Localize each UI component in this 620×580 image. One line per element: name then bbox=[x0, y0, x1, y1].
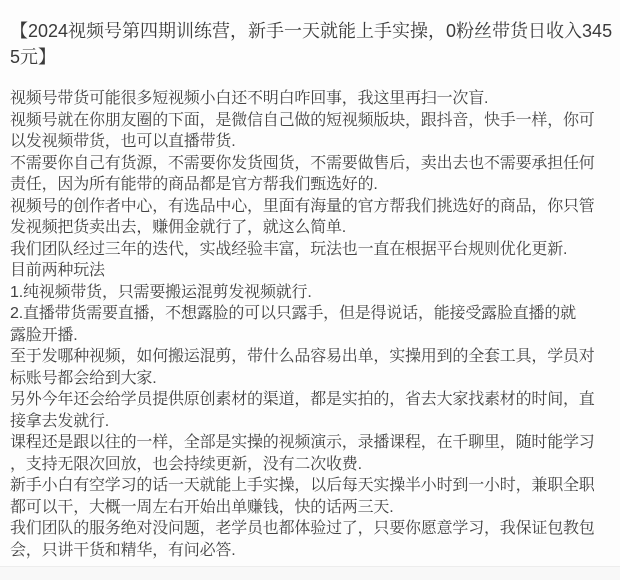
post-title: 【2024视频号第四期训练营，新手一天就能上手实操，0粉丝带货日收入345 5元… bbox=[10, 18, 612, 70]
text-line: 会，只讲干货和精华，有问必答. bbox=[10, 540, 612, 562]
text-line: 目前两种玩法 bbox=[10, 260, 612, 282]
text-line: 都可以干，大概一周左右开始出单赚钱，快的话两三天. bbox=[10, 497, 612, 519]
text-line: 以发视频带货，也可以直播带货. bbox=[10, 131, 612, 153]
text-line: 我们团队经过三年的迭代，实战经验丰富，玩法也一直在根据平台规则优化更新. bbox=[10, 239, 612, 261]
document-content: 【2024视频号第四期训练营，新手一天就能上手实操，0粉丝带货日收入345 5元… bbox=[0, 0, 620, 561]
text-line: 视频号带货可能很多短视频小白还不明白咋回事，我这里再扫一次盲. bbox=[10, 88, 612, 110]
title-line: 【2024视频号第四期训练营，新手一天就能上手实操，0粉丝带货日收入345 bbox=[10, 18, 612, 44]
post-body: 视频号带货可能很多短视频小白还不明白咋回事，我这里再扫一次盲. 视频号就在你朋友… bbox=[10, 88, 612, 561]
text-line: 接拿去发就行. bbox=[10, 411, 612, 433]
text-line: 新手小白有空学习的话一天就能上手实操，以后每天实操半小时到一小时，兼职全职 bbox=[10, 475, 612, 497]
text-line: 2.直播带货需要直播，不想露脸的可以只露手，但是得说话，能接受露脸直播的就 bbox=[10, 303, 612, 325]
text-line: 不需要你自己有货源，不需要你发货囤货，不需要做售后，卖出去也不需要承担任何 bbox=[10, 153, 612, 175]
text-line: ，支持无限次回放，也会持续更新，没有二次收费. bbox=[10, 454, 612, 476]
text-line: 另外今年还会给学员提供原创素材的渠道，都是实拍的，省去大家找素材的时间，直 bbox=[10, 389, 612, 411]
bottom-divider bbox=[0, 566, 620, 580]
text-line: 视频号的创作者中心，有选品中心，里面有海量的官方帮我们挑选好的商品，你只管 bbox=[10, 196, 612, 218]
text-line: 至于发哪种视频，如何搬运混剪，带什么品容易出单，实操用到的全套工具，学员对 bbox=[10, 346, 612, 368]
title-line: 5元】 bbox=[10, 44, 612, 70]
text-line: 课程还是跟以往的一样，全部是实操的视频演示，录播课程，在千聊里，随时能学习 bbox=[10, 432, 612, 454]
text-line: 露脸开播. bbox=[10, 325, 612, 347]
text-line: 1.纯视频带货，只需要搬运混剪发视频就行. bbox=[10, 282, 612, 304]
text-line: 发视频把货卖出去，赚佣金就行了，就这么简单. bbox=[10, 217, 612, 239]
text-line: 我们团队的服务绝对没问题，老学员也都体验过了，只要你愿意学习，我保证包教包 bbox=[10, 518, 612, 540]
text-line: 视频号就在你朋友圈的下面，是微信自己做的短视频版块，跟抖音，快手一样，你可 bbox=[10, 110, 612, 132]
document-page: 【2024视频号第四期训练营，新手一天就能上手实操，0粉丝带货日收入345 5元… bbox=[0, 0, 620, 580]
text-line: 责任，因为所有能带的商品都是官方帮我们甄选好的. bbox=[10, 174, 612, 196]
text-line: 标账号都会给到大家. bbox=[10, 368, 612, 390]
